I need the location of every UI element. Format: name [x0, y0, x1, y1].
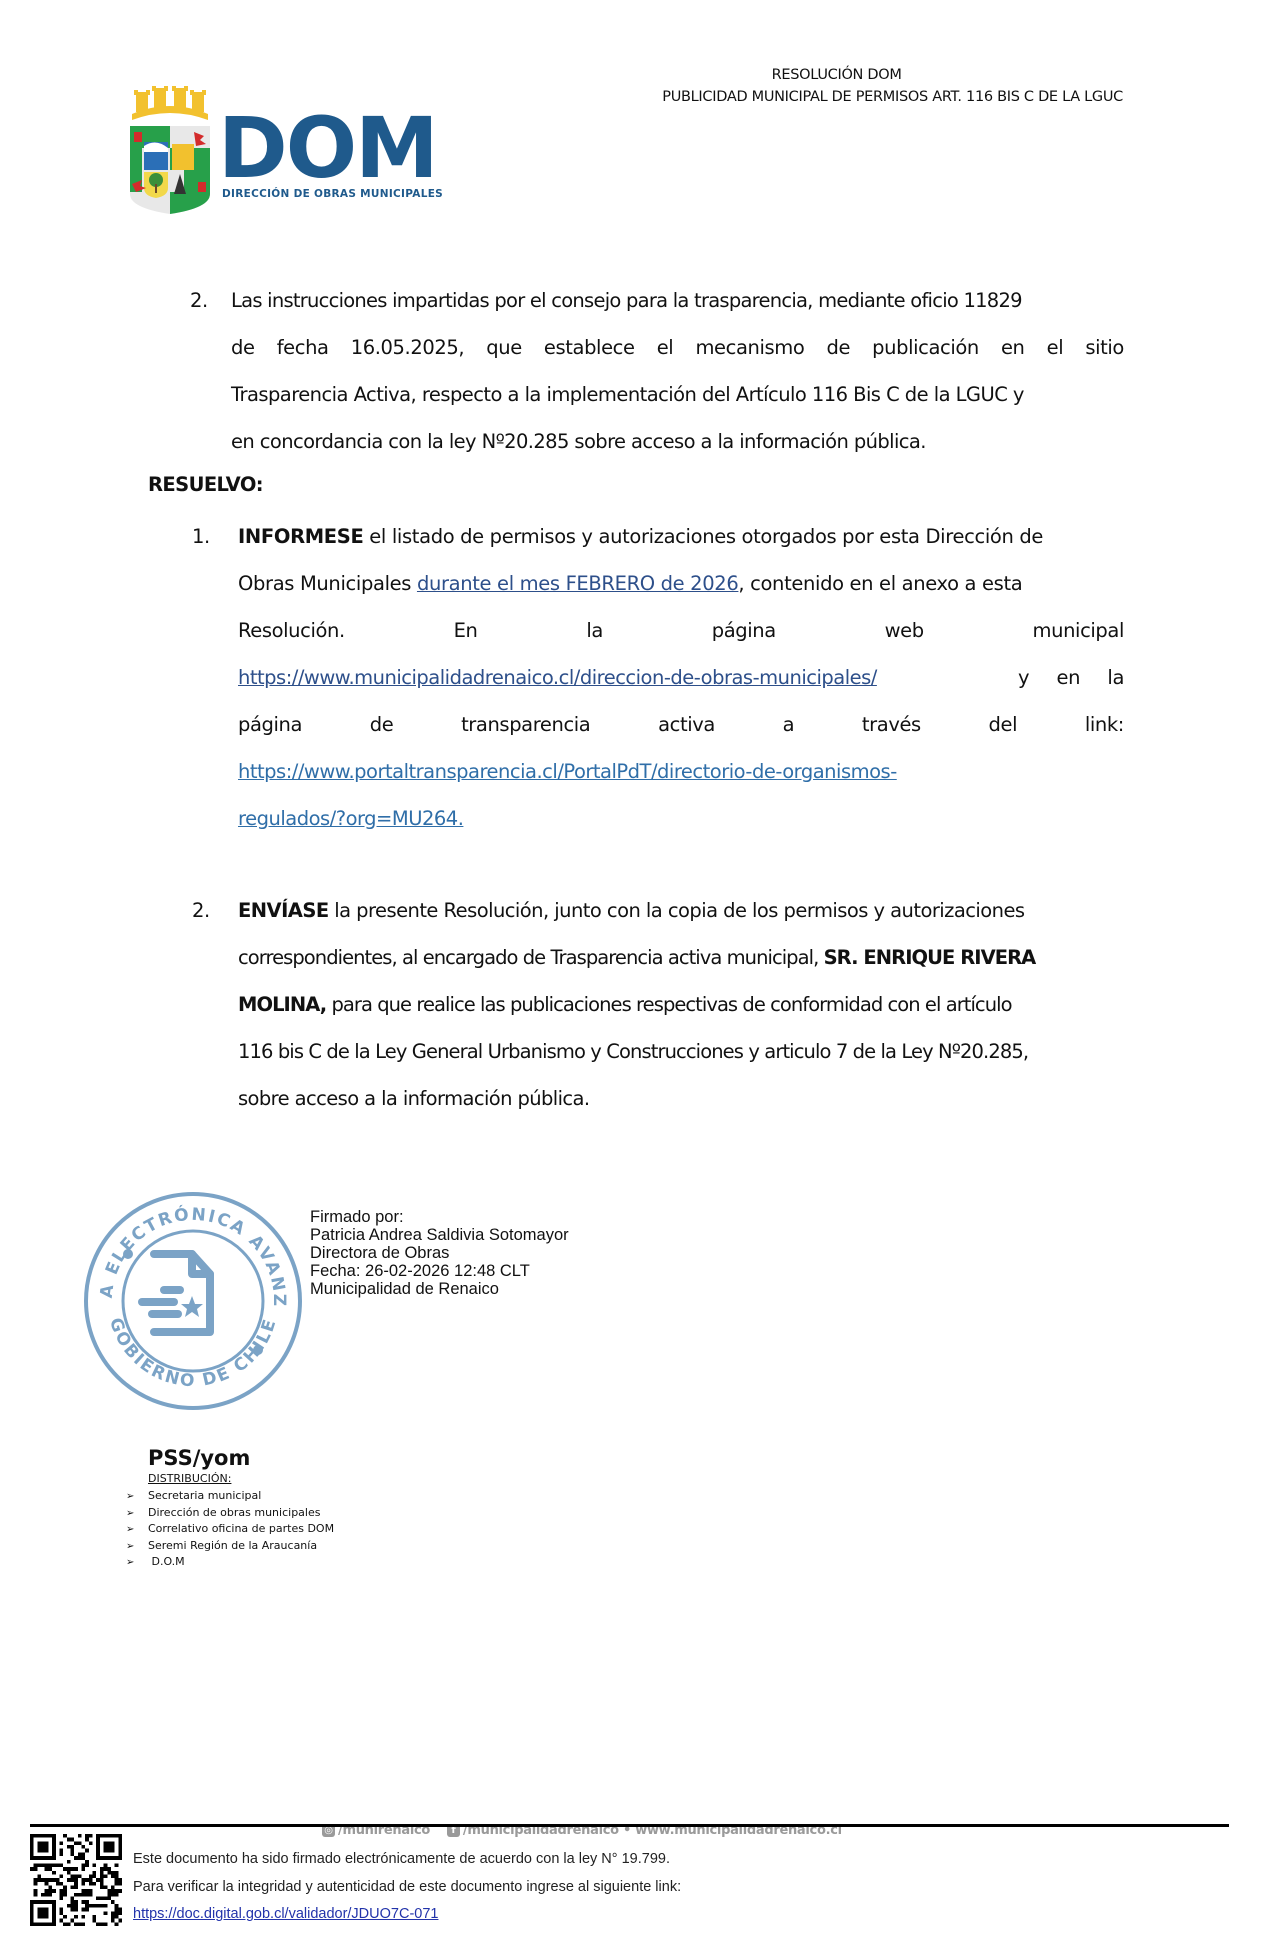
- paragraph-line: Trasparencia Activa, respecto a la imple…: [231, 380, 1124, 410]
- bold-name: SR. ENRIQUE RIVERA: [824, 946, 1036, 969]
- electronic-signature-seal-icon: FIRMA ELECTRÓNICA AVANZADA GOBIERNO DE C…: [82, 1190, 304, 1412]
- bold-keyword: ENVÍASE: [238, 899, 329, 922]
- footer-divider: [30, 1824, 1229, 1827]
- text-span: yenla: [1018, 663, 1124, 693]
- header-title: RESOLUCIÓN DOM: [662, 64, 1011, 86]
- verify-link-line: https://doc.digital.gob.cl/validador/JDU…: [133, 1906, 438, 1922]
- word: la: [586, 616, 603, 646]
- renaico-coat-of-arms-icon: [128, 84, 212, 216]
- word: el: [657, 333, 674, 363]
- signer-role: Directora de Obras: [310, 1244, 569, 1262]
- word: En: [454, 616, 478, 646]
- distribution-item: ➢ D.O.M: [126, 1554, 334, 1571]
- arrow-bullet-icon: ➢: [126, 1522, 148, 1538]
- paragraph-line: correspondientes, al encargado de Traspa…: [238, 943, 1124, 973]
- text-span: la presente Resolución, junto con la cop…: [329, 899, 1025, 922]
- verify-notice: Para verificar la integridad y autentici…: [133, 1879, 681, 1895]
- signer-organization: Municipalidad de Renaico: [310, 1280, 569, 1298]
- signer-name: Patricia Andrea Saldivia Sotomayor: [310, 1226, 569, 1244]
- word: publicación: [872, 333, 979, 363]
- list-number: 2.: [190, 286, 208, 316]
- signed-by-label: Firmado por:: [310, 1208, 569, 1226]
- distribution-list: ➢Secretaria municipal➢Dirección de obras…: [126, 1488, 334, 1571]
- word: fecha: [277, 333, 329, 363]
- list-number: 2.: [192, 896, 210, 926]
- word: que: [486, 333, 522, 363]
- word: en: [1057, 663, 1081, 693]
- paragraph-line: https://www.portaltransparencia.cl/Porta…: [238, 757, 897, 787]
- word: página: [712, 616, 776, 646]
- word: activa: [658, 710, 715, 740]
- transparency-portal-link-continued[interactable]: regulados/?org=MU264.: [238, 807, 463, 830]
- paragraph-line: INFORMESE el listado de permisos y autor…: [238, 522, 1124, 552]
- paragraph-line: ENVÍASE la presente Resolución, junto co…: [238, 896, 1124, 926]
- arrow-bullet-icon: ➢: [126, 1555, 148, 1571]
- word: establece: [544, 333, 635, 363]
- bold-name: MOLINA,: [238, 993, 326, 1016]
- logo-subtitle: DIRECCIÓN DE OBRAS MUNICIPALES: [222, 188, 443, 200]
- text-span: correspondientes, al encargado de Traspa…: [238, 946, 824, 969]
- word: municipal: [1033, 616, 1124, 646]
- qr-code-icon[interactable]: [30, 1834, 122, 1926]
- arrow-bullet-icon: ➢: [126, 1506, 148, 1522]
- distribution-title: DISTRIBUCIÓN:: [148, 1472, 231, 1485]
- arrow-bullet-icon: ➢: [126, 1489, 148, 1505]
- arrow-bullet-icon: ➢: [126, 1539, 148, 1555]
- initials: PSS/yom: [148, 1446, 250, 1470]
- distribution-item: ➢Dirección de obras municipales: [126, 1505, 334, 1522]
- paragraph-line: 116 bis C de la Ley General Urbanismo y …: [238, 1037, 1124, 1067]
- word: través: [862, 710, 921, 740]
- resuelvo-heading: RESUELVO:: [148, 473, 263, 496]
- transparency-portal-link[interactable]: https://www.portaltransparencia.cl/Porta…: [238, 760, 897, 783]
- signature-block: Firmado por: Patricia Andrea Saldivia So…: [310, 1208, 569, 1298]
- text-span: Obras Municipales: [238, 572, 417, 595]
- paragraph-line: MOLINA, para que realice las publicacion…: [238, 990, 1124, 1020]
- text-span: , contenido en el anexo a esta: [738, 572, 1022, 595]
- logo-title: DOM: [218, 106, 437, 190]
- word: la: [1107, 663, 1124, 693]
- paragraph-line: Resolución.Enlapáginawebmunicipal: [238, 616, 1124, 646]
- paragraph-line: en concordancia con la ley Nº20.285 sobr…: [231, 427, 1124, 457]
- word: y: [1018, 663, 1029, 693]
- paragraph-line: defecha16.05.2025,queestableceelmecanism…: [231, 333, 1124, 363]
- municipal-website-link[interactable]: https://www.municipalidadrenaico.cl/dire…: [238, 663, 877, 693]
- word: página: [238, 710, 302, 740]
- word: 16.05.2025,: [351, 333, 464, 363]
- paragraph-line: páginadetransparenciaactivaatravésdellin…: [238, 710, 1124, 740]
- paragraph-line: sobre acceso a la información pública.: [238, 1084, 1124, 1114]
- list-number: 1.: [192, 522, 210, 552]
- paragraph-line: Obras Municipales durante el mes FEBRERO…: [238, 569, 1124, 599]
- word: Resolución.: [238, 616, 345, 646]
- word: del: [989, 710, 1018, 740]
- signed-notice: Este documento ha sido firmado electróni…: [133, 1851, 670, 1867]
- verify-link[interactable]: https://doc.digital.gob.cl/validador/JDU…: [133, 1906, 438, 1922]
- paragraph-line: regulados/?org=MU264.: [238, 804, 463, 834]
- word: link:: [1085, 710, 1124, 740]
- word: mecanismo: [695, 333, 804, 363]
- word: de: [370, 710, 394, 740]
- period-link[interactable]: durante el mes FEBRERO de 2026: [417, 572, 738, 595]
- svg-text:FIRMA ELECTRÓNICA AVANZADA: FIRMA ELECTRÓNICA AVANZADA: [82, 1190, 289, 1308]
- word: de: [231, 333, 255, 363]
- word: el: [1047, 333, 1064, 363]
- paragraph-line: Las instrucciones impartidas por el cons…: [231, 286, 1124, 316]
- distribution-item: ➢Secretaria municipal: [126, 1488, 334, 1505]
- distribution-item: ➢Seremi Región de la Araucanía: [126, 1538, 334, 1555]
- signature-date: Fecha: 26-02-2026 12:48 CLT: [310, 1262, 569, 1280]
- word: de: [826, 333, 850, 363]
- word: sitio: [1085, 333, 1124, 363]
- word: transparencia: [461, 710, 590, 740]
- text-span: para que realice las publicaciones respe…: [326, 993, 1011, 1016]
- word: web: [885, 616, 924, 646]
- bold-keyword: INFORMESE: [238, 525, 363, 548]
- paragraph-line: https://www.municipalidadrenaico.cl/dire…: [238, 663, 1124, 693]
- text-span: el listado de permisos y autorizaciones …: [363, 525, 1043, 548]
- word: en: [1001, 333, 1025, 363]
- header-subtitle: PUBLICIDAD MUNICIPAL DE PERMISOS ART. 11…: [662, 86, 1123, 108]
- document-header: RESOLUCIÓN DOM PUBLICIDAD MUNICIPAL DE P…: [662, 64, 1123, 108]
- word: a: [783, 710, 795, 740]
- distribution-item: ➢Correlativo oficina de partes DOM: [126, 1521, 334, 1538]
